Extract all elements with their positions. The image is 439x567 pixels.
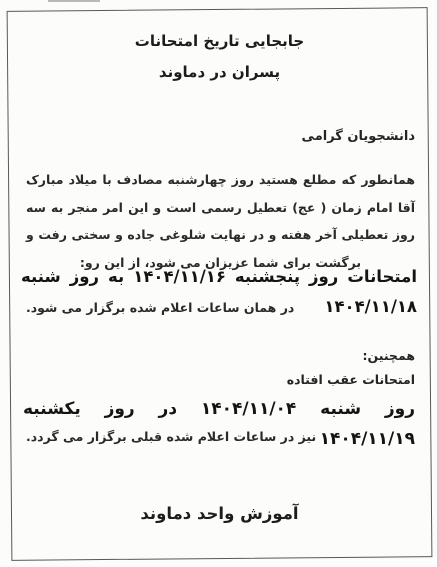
letter-content: جابجایی تاریخ امتحانات پسران در دماوند د… (9, 10, 430, 558)
postponed-exams-label: امتحانات عقب افتاده (287, 372, 415, 387)
postponed-move-headline: روز شنبه ۱۴۰۴/۱۱/۰۴ در روز یکشنبه ۱۴۰۴/۱… (23, 394, 415, 454)
scan-artifact-top (48, 0, 100, 2)
also-label: همچنین: (362, 348, 415, 363)
document-title: جابجایی تاریخ امتحانات پسران در دماوند (9, 26, 430, 88)
title-line-2: پسران در دماوند (9, 57, 430, 88)
intro-paragraph: همانطور که مطلع هستید روز چهارشنبه مصادف… (26, 166, 415, 276)
title-line-1: جابجایی تاریخ امتحانات (9, 26, 430, 57)
postponed-move-detail: نیز در ساعات اعلام شده قبلی برگزار می گر… (26, 429, 316, 444)
signature-line: آموزش واحد دماوند (9, 504, 430, 523)
scanned-document-page: جابجایی تاریخ امتحانات پسران در دماوند د… (0, 0, 439, 567)
greeting-line: دانشجویان گرامی (302, 129, 415, 144)
exam-move-detail: در همان ساعات اعلام شده برگزار می شود. (26, 300, 294, 315)
